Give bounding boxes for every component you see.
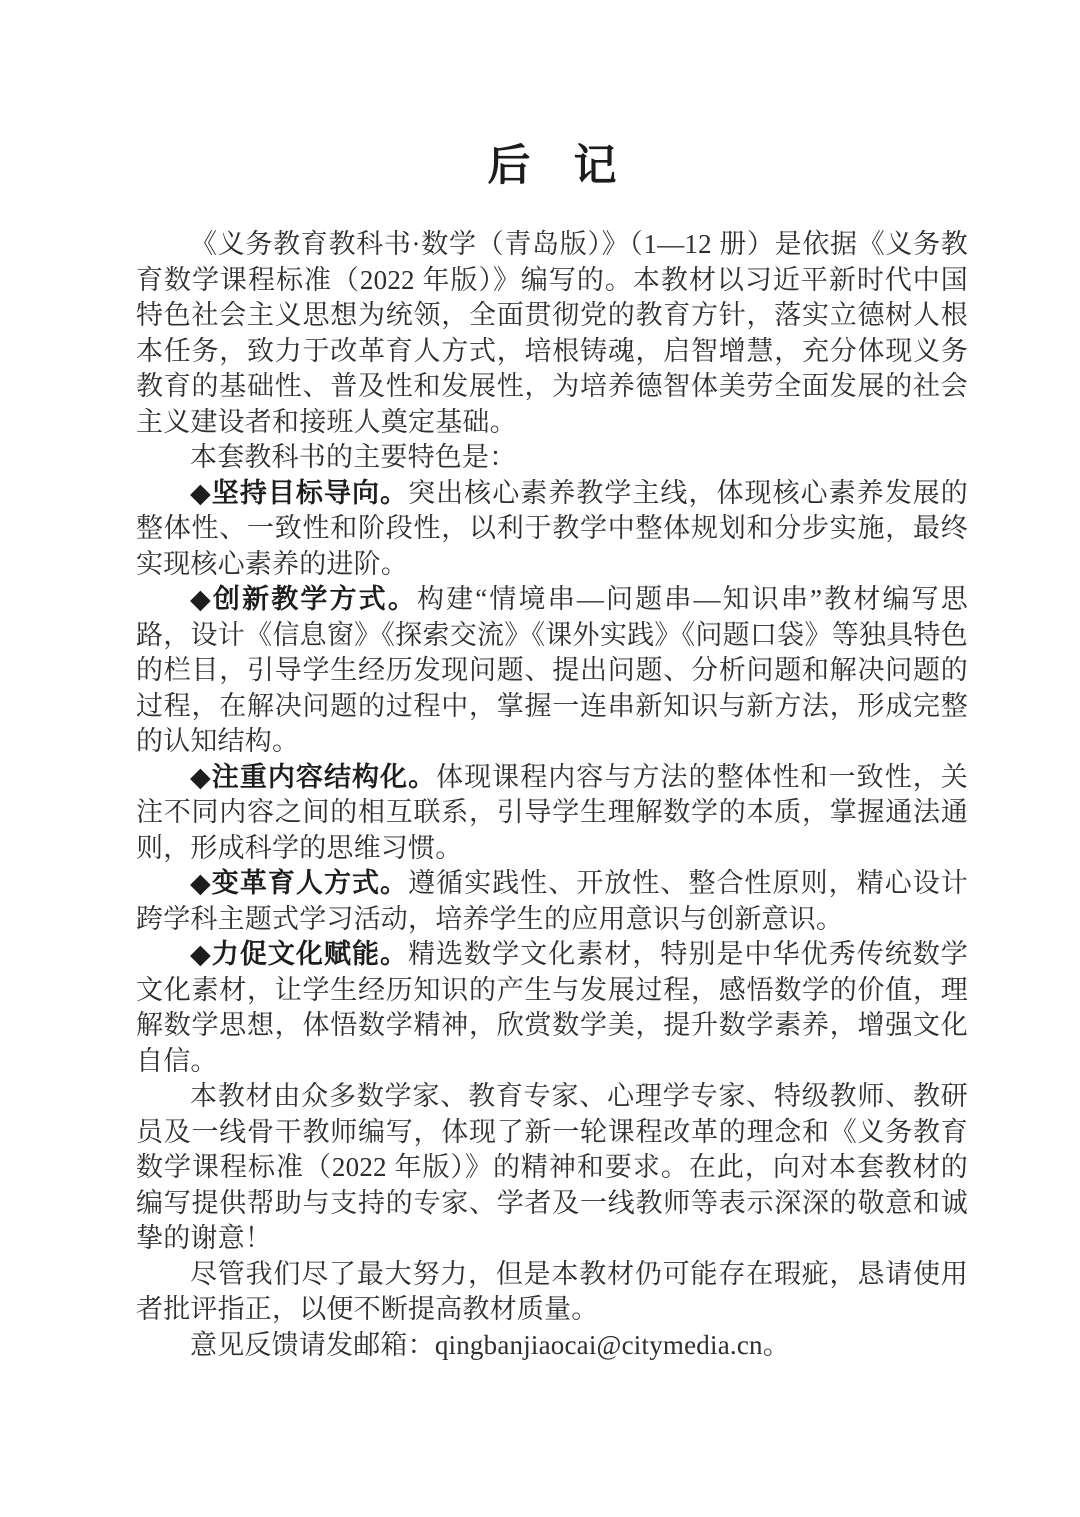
feature-teaching-innovation: ◆创新教学方式。构建“情境串—问题串—知识串”教材编写思路，设计《信息窗》《探索…: [136, 582, 968, 760]
page-content: 后 记 《义务教育教科书·数学（青岛版）》（1—12 册）是依据《义务教育数学课…: [0, 0, 1080, 1363]
feature-culture-empowerment: ◆力促文化赋能。精选数学文化素材，特别是中华优秀传统数学文化素材，让学生经历知识…: [136, 937, 968, 1079]
paragraph-feedback: 意见反馈请发邮箱：qingbanjiaocai@citymedia.cn。: [136, 1328, 968, 1364]
feature-lead: ◆力促文化赋能。: [190, 939, 408, 969]
feature-lead: ◆变革育人方式。: [190, 868, 408, 898]
page-title: 后 记: [136, 143, 968, 190]
afterword-page: 后 记 《义务教育教科书·数学（青岛版）》（1—12 册）是依据《义务教育数学课…: [0, 0, 1080, 1517]
feature-content-structuring: ◆注重内容结构化。体现课程内容与方法的整体性和一致性，关注不同内容之间的相互联系…: [136, 760, 968, 867]
feedback-label: 意见反馈请发邮箱：: [190, 1330, 435, 1360]
feature-goal-orientation: ◆坚持目标导向。突出核心素养教学主线，体现核心素养发展的整体性、一致性和阶段性，…: [136, 476, 968, 583]
paragraph-acknowledgements: 本教材由众多数学家、教育专家、心理学专家、特级教师、教研员及一线骨干教师编写，体…: [136, 1079, 968, 1257]
paragraph-features-intro: 本套教科书的主要特色是：: [136, 440, 968, 476]
paragraph-text: 《义务教育教科书·数学（青岛版）》（1—12 册）是依据《义务教育数学课程标准（…: [136, 229, 968, 437]
feature-lead: ◆坚持目标导向。: [190, 478, 408, 508]
feature-education-reform: ◆变革育人方式。遵循实践性、开放性、整合性原则，精心设计跨学科主题式学习活动，培…: [136, 866, 968, 937]
paragraph-text: 本教材由众多数学家、教育专家、心理学专家、特级教师、教研员及一线骨干教师编写，体…: [136, 1081, 968, 1253]
feedback-email: qingbanjiaocai@citymedia.cn: [435, 1330, 763, 1360]
feedback-suffix: 。: [763, 1330, 790, 1360]
paragraph-text: 本套教科书的主要特色是：: [190, 442, 516, 472]
paragraph-text: 尽管我们尽了最大努力，但是本教材仍可能存在瑕疵，恳请使用者批评指正，以便不断提高…: [136, 1259, 968, 1325]
feature-lead: ◆创新教学方式。: [190, 584, 417, 614]
feature-lead: ◆注重内容结构化。: [190, 762, 436, 792]
paragraph-overview: 《义务教育教科书·数学（青岛版）》（1—12 册）是依据《义务教育数学课程标准（…: [136, 227, 968, 440]
paragraph-errata-request: 尽管我们尽了最大努力，但是本教材仍可能存在瑕疵，恳请使用者批评指正，以便不断提高…: [136, 1257, 968, 1328]
